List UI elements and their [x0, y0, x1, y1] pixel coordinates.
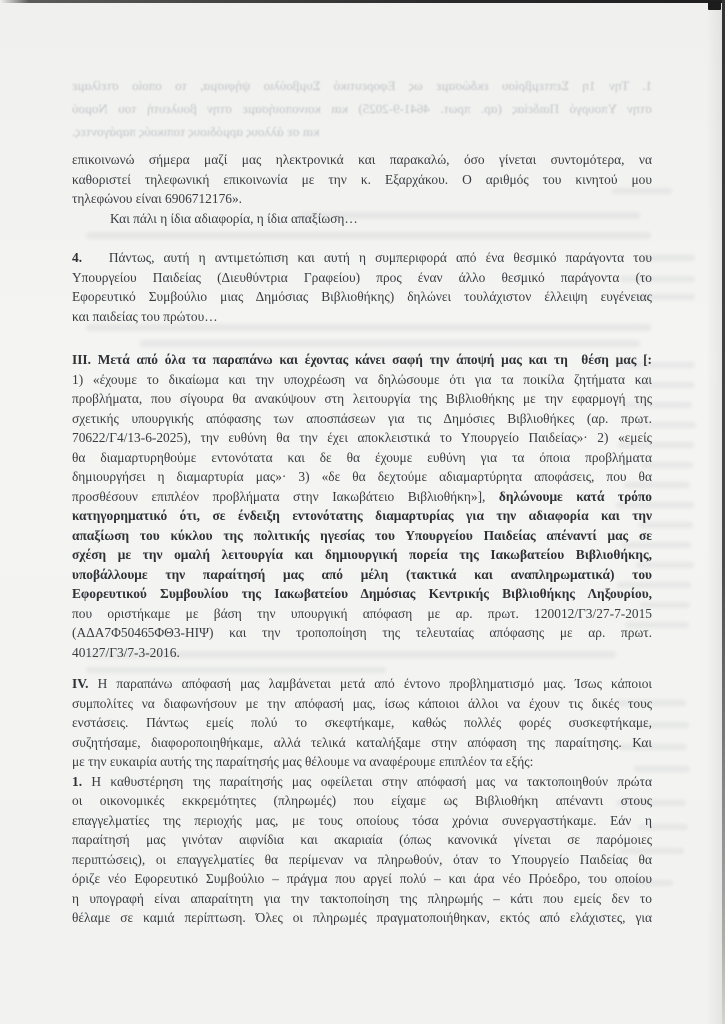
scan-corner-mark: [708, 1, 721, 10]
body-text: σχετικής υπουργικής απόφασης των αποσπάσ…: [72, 411, 652, 426]
body-text: 70622/Γ4/13-6-2025), την ευθύνη θα την έ…: [72, 430, 652, 445]
text-line: συμπολίτες να διαφωνήσουν με την απόφασή…: [72, 694, 652, 714]
text-line: σχετικής υπουργικής απόφασης των αποσπάσ…: [72, 409, 652, 429]
body-text: Εφορευτικό Συμβούλιο μιας Δημόσιας Βιβλι…: [72, 289, 652, 304]
body-text: Και πάλι η ίδια αδιαφορία, η ίδια απαξίω…: [110, 211, 358, 226]
text-line: IV. Η παραπάνω απόφασή μας λαμβάνεται με…: [72, 674, 652, 694]
text-line: επαγγελματίες της περιοχής μας, με τους …: [72, 811, 652, 831]
text-line: (ΑΔΑ7Φ50465ΦΘ3-ΗΙΨ) και την τροποποίηση …: [72, 623, 652, 643]
body-text: περιπτώσεις), οι επαγγελματίες θα περίμε…: [72, 852, 652, 867]
body-text: προσθέσουν επιπλέον προβλήματα στην Ιακω…: [72, 489, 499, 504]
section-iii: ΙΙΙ. Μετά από όλα τα παραπάνω και έχοντα…: [72, 350, 652, 662]
bold-text: 1.: [72, 774, 82, 789]
body-text: Πάντως, αυτή η αντιμετώπιση και αυτή η σ…: [82, 250, 652, 265]
bold-text: κατηγορηματικό ότι, σε ένδειξη εντονότατ…: [72, 508, 652, 523]
text-line: ΙΙΙ. Μετά από όλα τα παραπάνω και έχοντα…: [72, 350, 652, 370]
body-text: θα διαμαρτυρηθούμε εντονότατα και δε θα …: [72, 450, 652, 465]
body-text: Υπουργείου Παιδείας (Διευθύντρια Γραφείο…: [72, 270, 652, 285]
text-line: που οριστήκαμε με βάση την υπουργική από…: [72, 604, 652, 624]
body-text: (ΑΔΑ7Φ50465ΦΘ3-ΗΙΨ) και την τροποποίηση …: [72, 625, 652, 640]
text-line: καθοριστεί τηλεφωνική επικοινωνία με την…: [72, 170, 652, 190]
text-line: οι οικονομικές εκκρεμότητες (πληρωμές) π…: [72, 791, 652, 811]
text-line: προσθέσουν επιπλέον προβλήματα στην Ιακω…: [72, 487, 652, 507]
scan-right-shade: [706, 0, 722, 1024]
text-line: δημιουργήσει η διαμαρτυρία μας»· 3) «δε …: [72, 467, 652, 487]
body-text: οι οικονομικές εκκρεμότητες (πληρωμές) π…: [72, 793, 652, 808]
text-line: θα διαμαρτυρηθούμε εντονότατα και δε θα …: [72, 448, 652, 468]
body-text: η υπογραφή είναι απαραίτητη για την τακτ…: [72, 891, 652, 906]
body-text: θέλαμε σε καμιά περίπτωση. Όλες οι πληρω…: [72, 910, 652, 925]
bold-text: IV.: [72, 676, 89, 691]
body-text: Η παραπάνω απόφασή μας λαμβάνεται μετά α…: [89, 676, 652, 691]
text-line: απαξίωση του κύκλου της πολιτικής ηγεσία…: [72, 526, 652, 546]
bold-text: δηλώνουμε κατά τρόπο: [499, 489, 652, 504]
text-line: κατηγορηματικό ότι, σε ένδειξη εντονότατ…: [72, 506, 652, 526]
text-line: 4. Πάντως, αυτή η αντιμετώπιση και αυτή …: [72, 248, 652, 268]
bold-text: υποβάλλουμε την παραίτησή μας από μέλη (…: [72, 567, 652, 582]
body-text: παραίτησή μας γινόταν αιφνίδια και ακαρι…: [72, 832, 652, 847]
bold-text: σχέση με την ομαλή λειτουργία και δημιου…: [72, 547, 652, 562]
body-text: δημιουργήσει η διαμαρτυρία μας»· 3) «δε …: [72, 469, 652, 484]
bold-text: απαξίωση του κύκλου της πολιτικής ηγεσία…: [72, 528, 652, 543]
text-line: σχέση με την ομαλή λειτουργία και δημιου…: [72, 545, 652, 565]
text-line: περιπτώσεις), οι επαγγελματίες θα περίμε…: [72, 850, 652, 870]
body-text: ενστάσεις. Πάντως εμείς πολύ το σκεφτήκα…: [72, 715, 652, 730]
text-line: προβλήματα, που σίγουρα θα ανακύψουν στη…: [72, 389, 652, 409]
body-text: επαγγελματίες της περιοχής μας, με τους …: [72, 813, 652, 828]
text-line: Εφορευτικό Συμβούλιο μιας Δημόσιας Βιβλι…: [72, 287, 652, 307]
paragraph-continuation: επικοινωνώ σήμερα μαζί μας ηλεκτρονικά κ…: [72, 150, 652, 228]
bold-text: Εφορευτικού Συμβουλίου της Ιακωβατείου Δ…: [72, 586, 652, 601]
text-line: θέλαμε σε καμιά περίπτωση. Όλες οι πληρω…: [72, 908, 652, 928]
text-line: 1) «έχουμε το δικαίωμα και την υποχρέωση…: [72, 370, 652, 390]
bold-text: 4.: [72, 250, 82, 265]
text-line: η υπογραφή είναι απαραίτητη για την τακτ…: [72, 889, 652, 909]
section-iv: IV. Η παραπάνω απόφασή μας λαμβάνεται με…: [72, 674, 652, 928]
body-text: επικοινωνώ σήμερα μαζί μας ηλεκτρονικά κ…: [72, 152, 652, 167]
text-line: Υπουργείου Παιδείας (Διευθύντρια Γραφείο…: [72, 268, 652, 288]
text-line: συζητήσαμε, διαφοροποιηθήκαμε, αλλά τελι…: [72, 733, 652, 753]
paragraph-4: 4. Πάντως, αυτή η αντιμετώπιση και αυτή …: [72, 248, 652, 326]
body-text: Η καθυστέρηση της παραίτησής μας οφείλετ…: [82, 774, 652, 789]
body-text: συζητήσαμε, διαφοροποιηθήκαμε, αλλά τελι…: [72, 735, 652, 750]
body-text: 40127/Γ3/7-3-2016.: [72, 645, 180, 660]
body-text: συμπολίτες να διαφωνήσουν με την απόφασή…: [72, 696, 652, 711]
bold-text: ΙΙΙ. Μετά από όλα τα παραπάνω και έχοντα…: [72, 352, 652, 367]
text-line: όριζε νέο Εφορευτικό Συμβούλιο – πράγμα …: [72, 869, 652, 889]
scan-top-edge: [0, 0, 725, 3]
text-line: ενστάσεις. Πάντως εμείς πολύ το σκεφτήκα…: [72, 713, 652, 733]
text-line: με την ευκαιρία αυτής της παραίτησής μας…: [72, 752, 652, 772]
text-line: 70622/Γ4/13-6-2025), την ευθύνη θα την έ…: [72, 428, 652, 448]
text-line: και παιδείας του πρώτου…: [72, 307, 652, 327]
text-line: 40127/Γ3/7-3-2016.: [72, 643, 652, 663]
body-text: με την ευκαιρία αυτής της παραίτησής μας…: [72, 754, 533, 769]
text-line: 1. Η καθυστέρηση της παραίτησής μας οφεί…: [72, 772, 652, 792]
content-layer: επικοινωνώ σήμερα μαζί μας ηλεκτρονικά κ…: [0, 0, 725, 1024]
text-line: Και πάλι η ίδια αδιαφορία, η ίδια απαξίω…: [72, 209, 652, 229]
body-text: που οριστήκαμε με βάση την υπουργική από…: [72, 606, 652, 621]
body-text: προβλήματα, που σίγουρα θα ανακύψουν στη…: [72, 391, 652, 406]
body-text: καθοριστεί τηλεφωνική επικοινωνία με την…: [72, 172, 652, 187]
body-text: όριζε νέο Εφορευτικό Συμβούλιο – πράγμα …: [72, 871, 652, 886]
text-line: επικοινωνώ σήμερα μαζί μας ηλεκτρονικά κ…: [72, 150, 652, 170]
body-text: τηλεφώνου είναι 6906712176».: [72, 191, 242, 206]
body-text: και παιδείας του πρώτου…: [72, 309, 218, 324]
text-line: Εφορευτικού Συμβουλίου της Ιακωβατείου Δ…: [72, 584, 652, 604]
body-text: 1) «έχουμε το δικαίωμα και την υποχρέωση…: [72, 372, 652, 387]
text-line: υποβάλλουμε την παραίτησή μας από μέλη (…: [72, 565, 652, 585]
scan-page: 1. Την 1η Σεπτεμβρίου εκδώσαμε ως Εφορευ…: [0, 0, 725, 1024]
text-line: παραίτησή μας γινόταν αιφνίδια και ακαρι…: [72, 830, 652, 850]
text-line: τηλεφώνου είναι 6906712176».: [72, 189, 652, 209]
